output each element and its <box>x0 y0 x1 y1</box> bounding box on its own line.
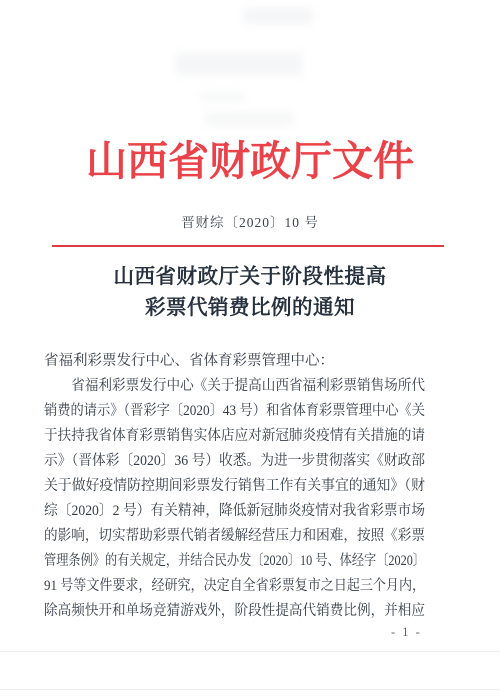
body-line-text: 综〔2020〕2 号）有关精神，降低新冠肺炎疫情对我省彩票市场 <box>44 499 425 524</box>
body-line: 省福利彩票发行中心《关于提高山西省福利彩票销售场所代 <box>44 374 425 399</box>
document-body: 省福利彩票发行中心、省体育彩票管理中心： 省福利彩票发行中心《关于提高山西省福利… <box>44 349 425 624</box>
body-line-text: 于扶持我省体育彩票销售实体店应对新冠肺炎疫情有关措施的请 <box>44 424 425 449</box>
scan-artifact-line <box>0 651 500 652</box>
body-line: 示》（晋体彩〔2020〕36 号）收悉。为进一步贯彻落实《财政部 <box>44 449 425 474</box>
document-number: 晋财综〔2020〕10 号 <box>0 211 500 231</box>
bleedthrough-mark <box>175 52 303 76</box>
notice-title-line1: 山西省财政厅关于阶段性提高 <box>0 262 500 293</box>
page-number: - 1 - <box>391 625 422 640</box>
body-line-text: 的影响，切实帮助彩票代销者缓解经营压力和困难，按照《彩票 <box>44 524 425 549</box>
red-divider-rule <box>52 245 444 247</box>
body-line: 综〔2020〕2 号）有关精神，降低新冠肺炎疫情对我省彩票市场 <box>44 499 425 524</box>
body-line-text: 示》（晋体彩〔2020〕36 号）收悉。为进一步贯彻落实《财政部 <box>44 449 425 474</box>
body-line: 除高频快开和单场竞猜游戏外，阶段性提高代销费比例，并相应 <box>44 599 425 624</box>
body-line: 销费的请示》（晋彩字〔2020〕43 号）和省体育彩票管理中心《关 <box>44 399 425 424</box>
bleedthrough-mark <box>205 112 293 126</box>
body-line-text: 省福利彩票发行中心《关于提高山西省福利彩票销售场所代 <box>44 374 425 399</box>
body-line-text: 管理条例》的有关规定，并结合民办发〔2020〕10 号、体经字〔2020〕 <box>44 549 425 574</box>
body-line: 的影响，切实帮助彩票代销者缓解经营压力和困难，按照《彩票 <box>44 524 425 549</box>
bleedthrough-mark <box>200 92 245 102</box>
agency-letterhead: 山西省财政厅文件 <box>0 134 500 188</box>
body-line: 91 号等文件要求，经研究，决定自全省彩票复市之日起三个月内， <box>44 574 425 599</box>
body-line-text: 除高频快开和单场竞猜游戏外，阶段性提高代销费比例，并相应 <box>44 599 425 624</box>
body-line-text: 销费的请示》（晋彩字〔2020〕43 号）和省体育彩票管理中心《关 <box>44 399 425 424</box>
body-line-text: 关于做好疫情防控期间彩票发行销售工作有关事宜的通知》（财 <box>44 474 425 499</box>
notice-title: 山西省财政厅关于阶段性提高 彩票代销费比例的通知 <box>0 262 500 324</box>
body-line: 关于做好疫情防控期间彩票发行销售工作有关事宜的通知》（财 <box>44 474 425 499</box>
body-line-text: 91 号等文件要求，经研究，决定自全省彩票复市之日起三个月内， <box>44 574 425 599</box>
scanned-document-page: 山西省财政厅文件 晋财综〔2020〕10 号 山西省财政厅关于阶段性提高 彩票代… <box>0 0 500 696</box>
body-line: 于扶持我省体育彩票销售实体店应对新冠肺炎疫情有关措施的请 <box>44 424 425 449</box>
scan-artifact-line <box>0 689 500 690</box>
notice-title-line2: 彩票代销费比例的通知 <box>0 293 500 324</box>
body-line: 管理条例》的有关规定，并结合民办发〔2020〕10 号、体经字〔2020〕 <box>44 549 425 574</box>
salutation: 省福利彩票发行中心、省体育彩票管理中心： <box>44 349 425 374</box>
bleedthrough-mark <box>243 8 313 24</box>
